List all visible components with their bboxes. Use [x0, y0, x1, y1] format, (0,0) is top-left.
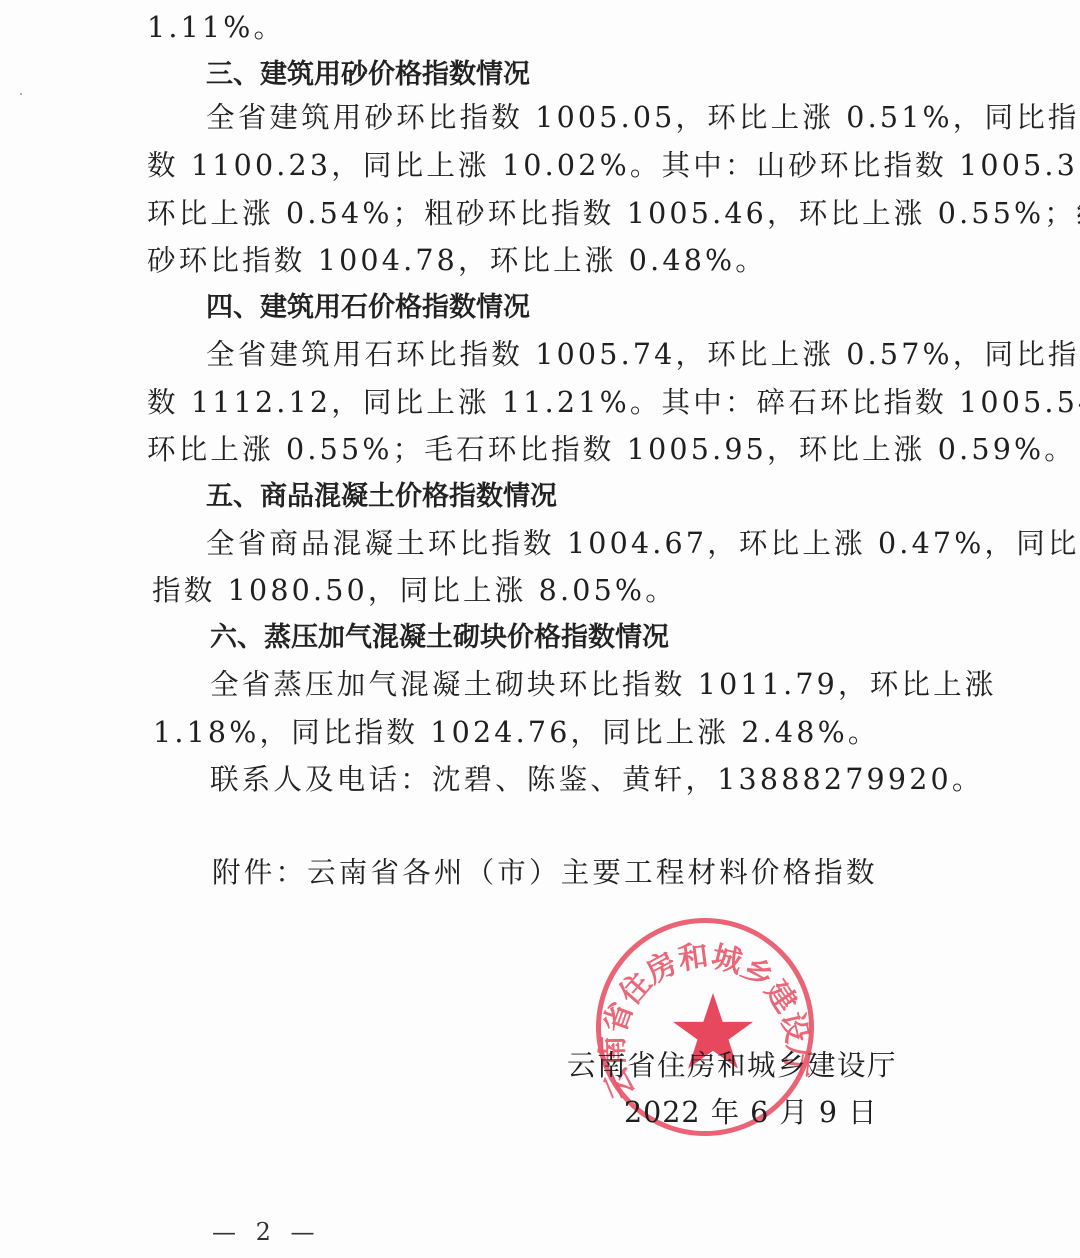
paragraph-line: 环比上涨 0.55%；毛石环比指数 1005.95，环比上涨 0.59%。: [147, 430, 892, 470]
document-page: 1.11%。 三、建筑用砂价格指数情况 全省建筑用砂环比指数 1005.05，环…: [0, 0, 1080, 1258]
attachment-note: 附件：云南省各州（市）主要工程材料价格指数: [212, 853, 878, 893]
contact-info: 联系人及电话：沈碧、陈鉴、黄轩，13888279920。: [210, 760, 984, 800]
issue-date: 2022 年 6 月 9 日: [624, 1093, 878, 1133]
page-number: — 2 —: [212, 1218, 321, 1246]
section-heading-aac-block: 六、蒸压加气混凝土砌块价格指数情况: [210, 618, 669, 658]
paragraph-line: 全省建筑用砂环比指数 1005.05，环比上涨 0.51%，同比指: [206, 98, 938, 138]
paragraph-line: 环比上涨 0.54%；粗砂环比指数 1005.46，环比上涨 0.55%；细: [147, 194, 938, 234]
scan-speck: [20, 93, 22, 95]
paragraph-line: 砂环比指数 1004.78，环比上涨 0.48%。: [147, 241, 767, 281]
paragraph-line: 1.18%，同比指数 1024.76，同比上涨 2.48%。: [153, 713, 880, 753]
section-heading-sand: 三、建筑用砂价格指数情况: [206, 55, 530, 95]
section-heading-concrete: 五、商品混凝土价格指数情况: [206, 477, 557, 517]
paragraph-line: 数 1112.12，同比上涨 11.21%。其中：碎石环比指数 1005.54，: [147, 383, 938, 423]
paragraph-line: 全省商品混凝土环比指数 1004.67，环比上涨 0.47%，同比: [206, 524, 942, 564]
issuing-authority: 云南省住房和城乡建设厅: [567, 1046, 897, 1086]
paragraph-line: 指数 1080.50，同比上涨 8.05%。: [152, 571, 677, 611]
paragraph-line: 数 1100.23，同比上涨 10.02%。其中：山砂环比指数 1005.37，: [147, 146, 938, 186]
carryover-text: 1.11%。: [147, 8, 285, 48]
paragraph-line: 全省蒸压加气混凝土砌块环比指数 1011.79，环比上涨: [210, 665, 943, 705]
section-heading-stone: 四、建筑用石价格指数情况: [206, 288, 530, 328]
paragraph-line: 全省建筑用石环比指数 1005.74，环比上涨 0.57%，同比指: [206, 335, 938, 375]
